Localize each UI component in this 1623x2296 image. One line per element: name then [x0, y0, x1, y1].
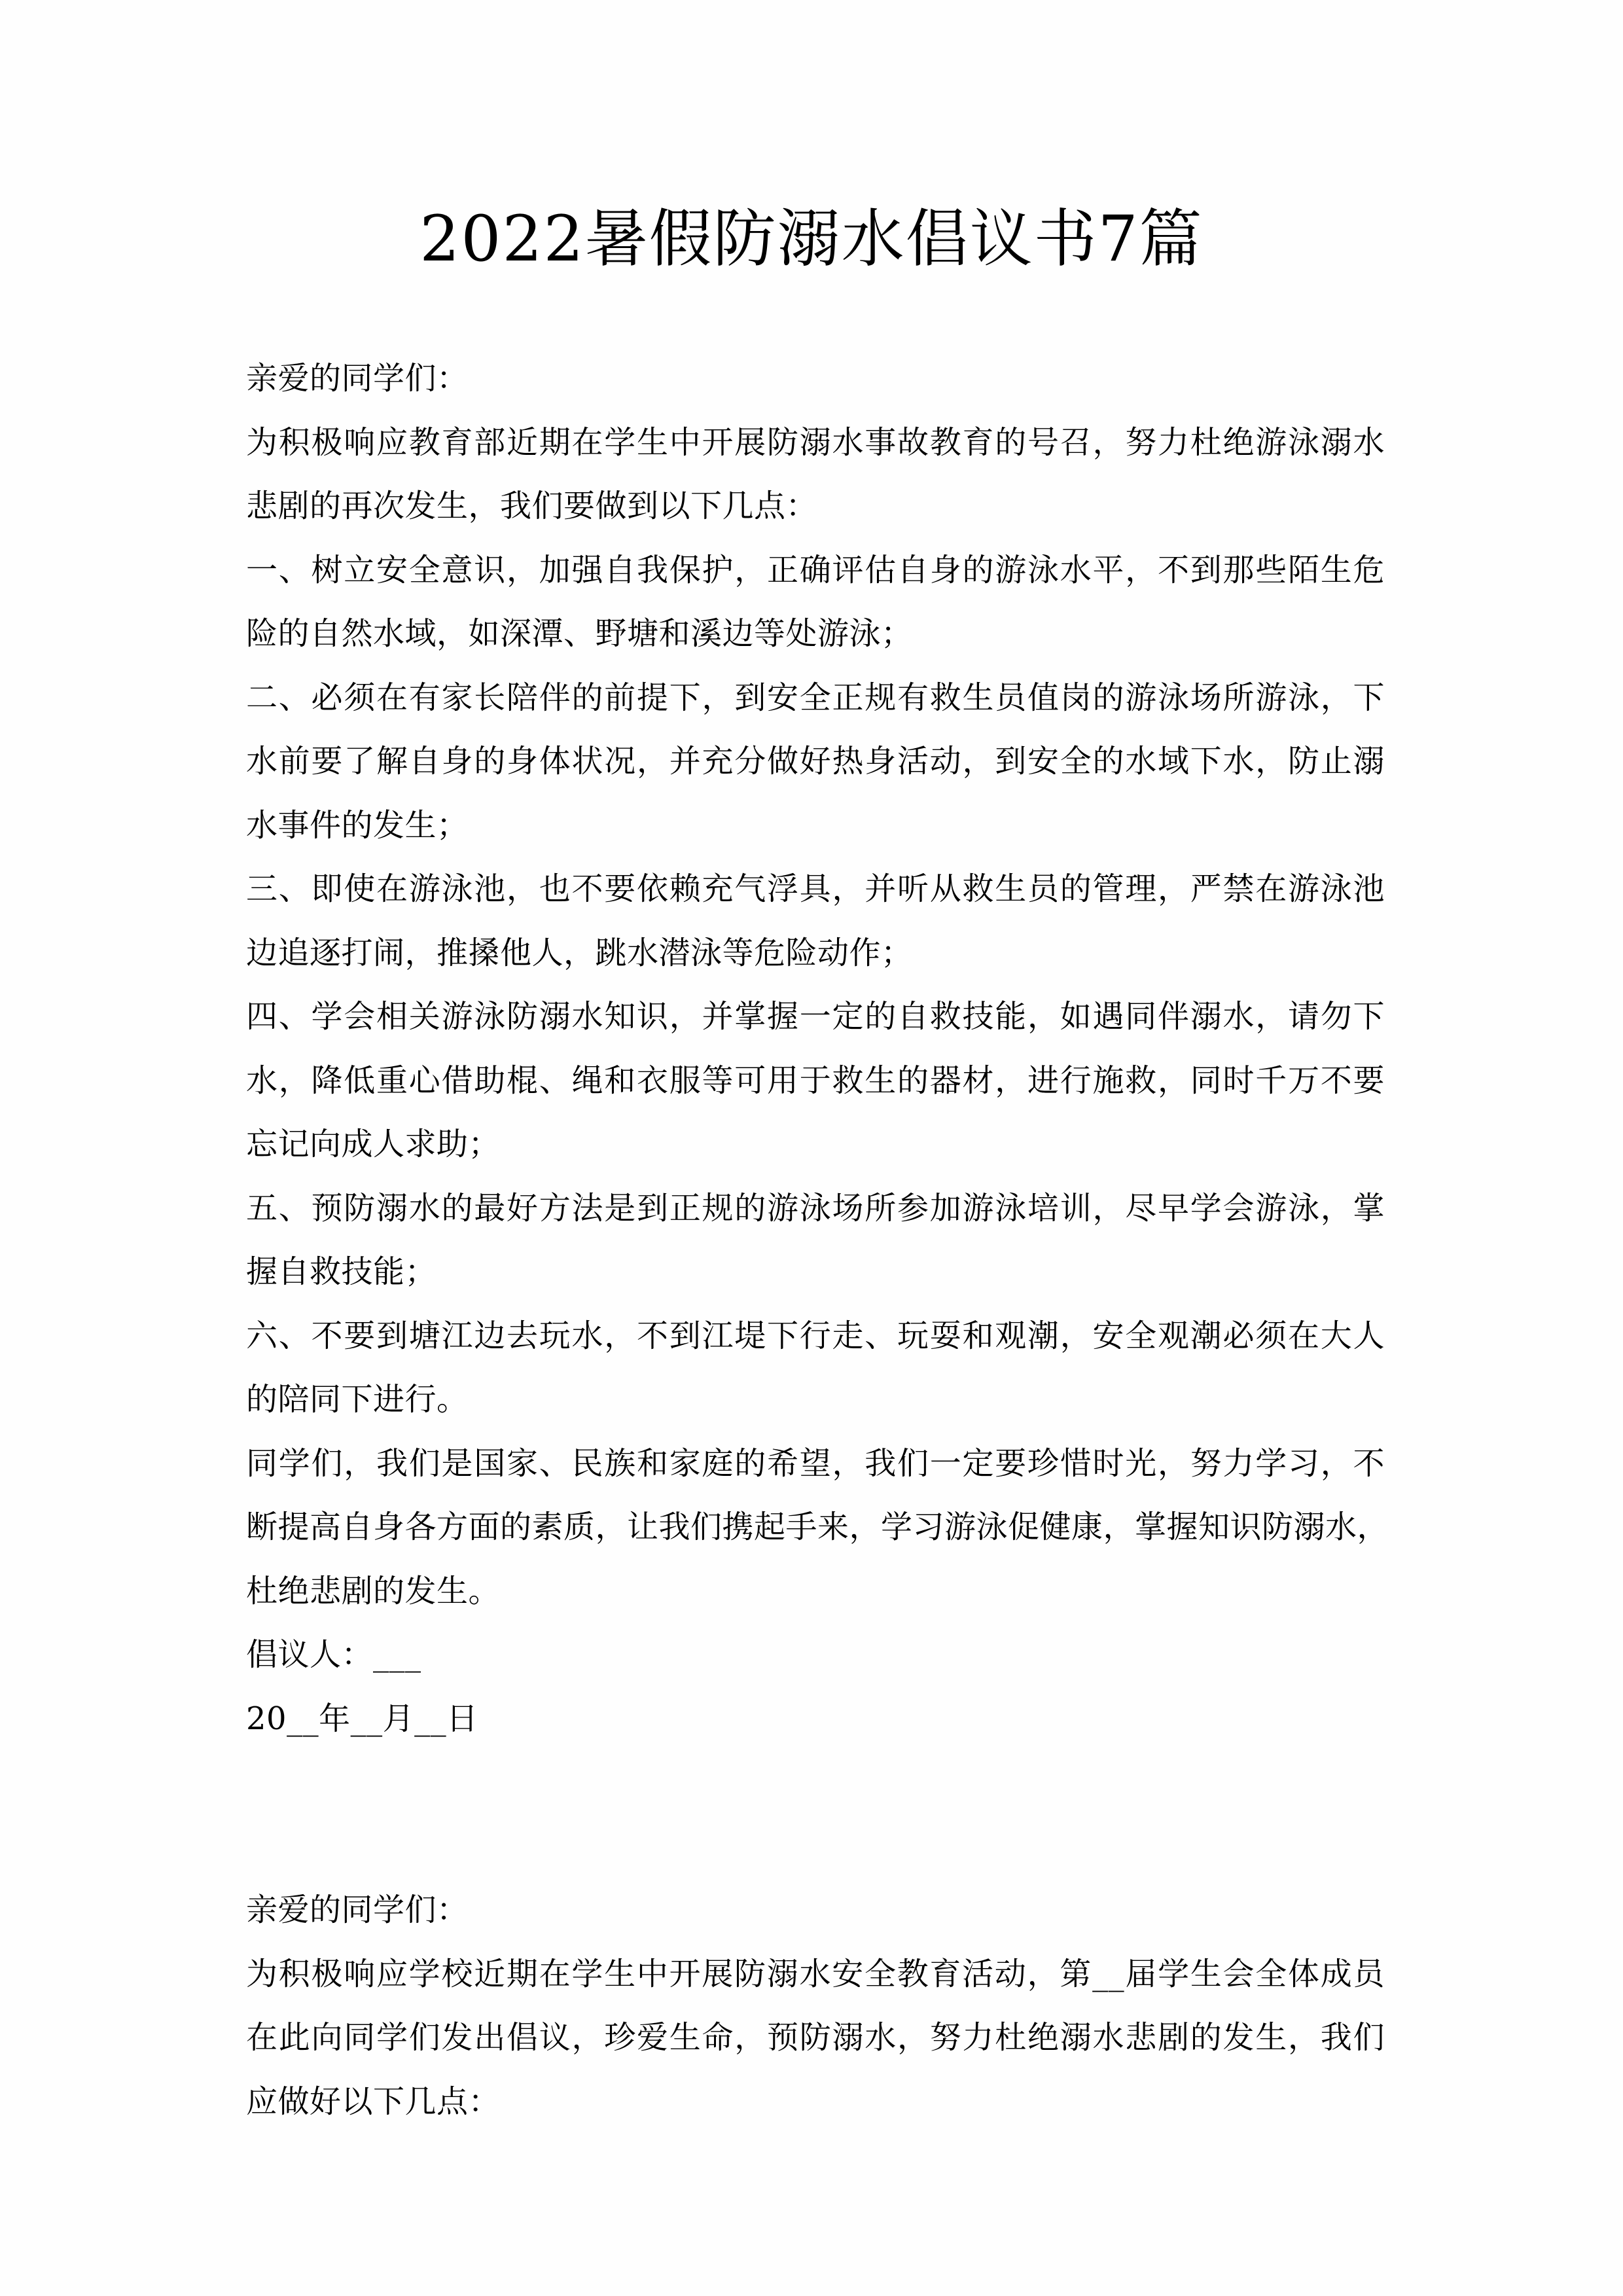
paragraph-line: 应做好以下几点： — [246, 2070, 1385, 2134]
section-gap — [246, 1751, 1385, 1878]
document-page: 2022暑假防溺水倡议书7篇 亲爱的同学们： 为积极响应教育部近期在学生中开展防… — [0, 0, 1623, 2296]
document-body: 亲爱的同学们： 为积极响应教育部近期在学生中开展防溺水事故教育的号召，努力杜绝游… — [246, 347, 1385, 2134]
point-1-line: 险的自然水域，如深潭、野塘和溪边等处游泳； — [246, 602, 1385, 666]
point-6-line: 的陪同下进行。 — [246, 1368, 1385, 1432]
point-1-line: 一、树立安全意识，加强自我保护，正确评估自身的游泳水平，不到那些陌生危 — [246, 539, 1385, 603]
closing-line: 断提高自身各方面的素质，让我们携起手来，学习游泳促健康，掌握知识防溺水， — [246, 1496, 1385, 1560]
point-4-line: 忘记向成人求助； — [246, 1113, 1385, 1177]
point-5-line: 握自救技能； — [246, 1240, 1385, 1304]
section-1: 亲爱的同学们： 为积极响应教育部近期在学生中开展防溺水事故教育的号召，努力杜绝游… — [246, 347, 1385, 1751]
point-2-line: 水前要了解自身的身体状况，并充分做好热身活动，到安全的水域下水，防止溺 — [246, 730, 1385, 794]
paragraph-line: 悲剧的再次发生，我们要做到以下几点： — [246, 475, 1385, 539]
point-4-line: 四、学会相关游泳防溺水知识，并掌握一定的自救技能，如遇同伴溺水，请勿下 — [246, 985, 1385, 1049]
paragraph-line: 为积极响应学校近期在学生中开展防溺水安全教育活动，第__届学生会全体成员 — [246, 1943, 1385, 2007]
point-6-line: 六、不要到塘江边去玩水，不到江堤下行走、玩耍和观潮，安全观潮必须在大人 — [246, 1304, 1385, 1369]
closing-line: 杜绝悲剧的发生。 — [246, 1560, 1385, 1624]
paragraph-line: 在此向同学们发出倡议，珍爱生命，预防溺水，努力杜绝溺水悲剧的发生，我们 — [246, 2006, 1385, 2070]
paragraph-line: 为积极响应教育部近期在学生中开展防溺水事故教育的号召，努力杜绝游泳溺水 — [246, 411, 1385, 475]
section-2: 亲爱的同学们： 为积极响应学校近期在学生中开展防溺水安全教育活动，第__届学生会… — [246, 1878, 1385, 2134]
point-3-line: 三、即使在游泳池，也不要依赖充气浮具，并听从救生员的管理，严禁在游泳池 — [246, 857, 1385, 922]
point-2-line: 二、必须在有家长陪伴的前提下，到安全正规有救生员值岗的游泳场所游泳，下 — [246, 666, 1385, 730]
salutation: 亲爱的同学们： — [246, 1878, 1385, 1943]
point-2-line: 水事件的发生； — [246, 794, 1385, 858]
closing-line: 同学们，我们是国家、民族和家庭的希望，我们一定要珍惜时光，努力学习，不 — [246, 1432, 1385, 1496]
signature-line: 倡议人：___ — [246, 1623, 1385, 1687]
document-title: 2022暑假防溺水倡议书7篇 — [0, 196, 1623, 281]
point-3-line: 边追逐打闹，推搡他人，跳水潜泳等危险动作； — [246, 922, 1385, 986]
point-5-line: 五、预防溺水的最好方法是到正规的游泳场所参加游泳培训，尽早学会游泳，掌 — [246, 1177, 1385, 1241]
salutation: 亲爱的同学们： — [246, 347, 1385, 411]
date-line: 20__年__月__日 — [246, 1687, 1385, 1751]
point-4-line: 水，降低重心借助棍、绳和衣服等可用于救生的器材，进行施救，同时千万不要 — [246, 1049, 1385, 1113]
